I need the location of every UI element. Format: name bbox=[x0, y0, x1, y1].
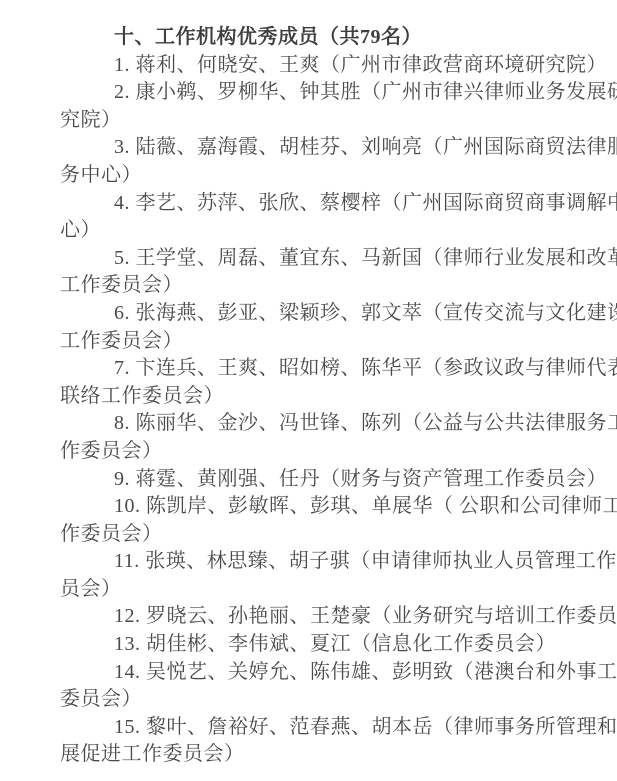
list-item-line: 14. 吴悦艺、关婷允、陈伟雄、彭明致（港澳台和外事工作 bbox=[60, 659, 556, 687]
list-item-line: 展促进工作委员会） bbox=[60, 741, 556, 769]
list-item-line: 11. 张瑛、林思臻、胡子骐（申请律师执业人员管理工作委 bbox=[60, 548, 556, 576]
list-item-line: 10. 陈凯岸、彭敏晖、彭琪、单展华（ 公职和公司律师工 bbox=[60, 493, 556, 521]
list-item-line: 4. 李艺、苏萍、张欣、蔡樱梓（广州国际商贸商事调解中 bbox=[60, 190, 556, 218]
list-item-line: 6. 张海燕、彭亚、梁颖珍、郭文萃（宣传交流与文化建设 bbox=[60, 300, 556, 328]
list-item-line: 15. 黎叶、詹裕好、范春燕、胡本岳（律师事务所管理和发 bbox=[60, 714, 556, 742]
list-item: 5. 王学堂、周磊、董宜东、马新国（律师行业发展和改革 工作委员会） bbox=[60, 245, 556, 300]
list-item-line: 工作委员会） bbox=[60, 328, 556, 356]
list-item-line: 7. 卞连兵、王爽、昭如榜、陈华平（参政议政与律师代表 bbox=[60, 355, 556, 383]
list-item: 1. 蒋利、何晓安、王爽（广州市律政营商环境研究院） bbox=[60, 52, 556, 80]
list-item-line: 心） bbox=[60, 217, 556, 245]
list-item: 4. 李艺、苏萍、张欣、蔡樱梓（广州国际商贸商事调解中 心） bbox=[60, 190, 556, 245]
list-item-line: 2. 康小鹈、罗柳华、钟其胜（广州市律兴律师业务发展研 bbox=[60, 79, 556, 107]
list-item: 6. 张海燕、彭亚、梁颖珍、郭文萃（宣传交流与文化建设 工作委员会） bbox=[60, 300, 556, 355]
list-item: 10. 陈凯岸、彭敏晖、彭琪、单展华（ 公职和公司律师工 作委员会） bbox=[60, 493, 556, 548]
document-content: 十、工作机构优秀成员（共79名） 1. 蒋利、何晓安、王爽（广州市律政营商环境研… bbox=[60, 24, 556, 769]
list-item: 15. 黎叶、詹裕好、范春燕、胡本岳（律师事务所管理和发 展促进工作委员会） bbox=[60, 714, 556, 769]
list-item-line: 委员会） bbox=[60, 686, 556, 714]
document-page: 十、工作机构优秀成员（共79名） 1. 蒋利、何晓安、王爽（广州市律政营商环境研… bbox=[0, 0, 617, 781]
list-item: 2. 康小鹈、罗柳华、钟其胜（广州市律兴律师业务发展研 究院） bbox=[60, 79, 556, 134]
list-item: 3. 陆薇、嘉海霞、胡桂芬、刘响亮（广州国际商贸法律服 务中心） bbox=[60, 134, 556, 189]
list-item-line: 联络工作委员会） bbox=[60, 383, 556, 411]
list-item-line: 作委员会） bbox=[60, 521, 556, 549]
list-item-line: 务中心） bbox=[60, 162, 556, 190]
list-item: 8. 陈丽华、金沙、冯世锋、陈列（公益与公共法律服务工 作委员会） bbox=[60, 410, 556, 465]
list-item: 11. 张瑛、林思臻、胡子骐（申请律师执业人员管理工作委 员会） bbox=[60, 548, 556, 603]
list-item-line: 作委员会） bbox=[60, 438, 556, 466]
list-item: 14. 吴悦艺、关婷允、陈伟雄、彭明致（港澳台和外事工作 委员会） bbox=[60, 659, 556, 714]
list-item-line: 员会） bbox=[60, 576, 556, 604]
list-item: 12. 罗晓云、孙艳丽、王楚豪（业务研究与培训工作委员会） bbox=[60, 603, 556, 631]
list-item: 9. 蒋霆、黄刚强、任丹（财务与资产管理工作委员会） bbox=[60, 466, 556, 494]
list-item-line: 1. 蒋利、何晓安、王爽（广州市律政营商环境研究院） bbox=[60, 52, 556, 80]
list-item-line: 13. 胡佳彬、李伟斌、夏江（信息化工作委员会） bbox=[60, 631, 556, 659]
list-item: 13. 胡佳彬、李伟斌、夏江（信息化工作委员会） bbox=[60, 631, 556, 659]
list-item-line: 9. 蒋霆、黄刚强、任丹（财务与资产管理工作委员会） bbox=[60, 466, 556, 494]
list-item-line: 8. 陈丽华、金沙、冯世锋、陈列（公益与公共法律服务工 bbox=[60, 410, 556, 438]
list-item-line: 12. 罗晓云、孙艳丽、王楚豪（业务研究与培训工作委员会） bbox=[60, 603, 556, 631]
list-item-line: 究院） bbox=[60, 107, 556, 135]
list-item-line: 3. 陆薇、嘉海霞、胡桂芬、刘响亮（广州国际商贸法律服 bbox=[60, 134, 556, 162]
list-item-line: 5. 王学堂、周磊、董宜东、马新国（律师行业发展和改革 bbox=[60, 245, 556, 273]
list-item-line: 工作委员会） bbox=[60, 272, 556, 300]
list-item: 7. 卞连兵、王爽、昭如榜、陈华平（参政议政与律师代表 联络工作委员会） bbox=[60, 355, 556, 410]
section-heading: 十、工作机构优秀成员（共79名） bbox=[60, 24, 556, 52]
